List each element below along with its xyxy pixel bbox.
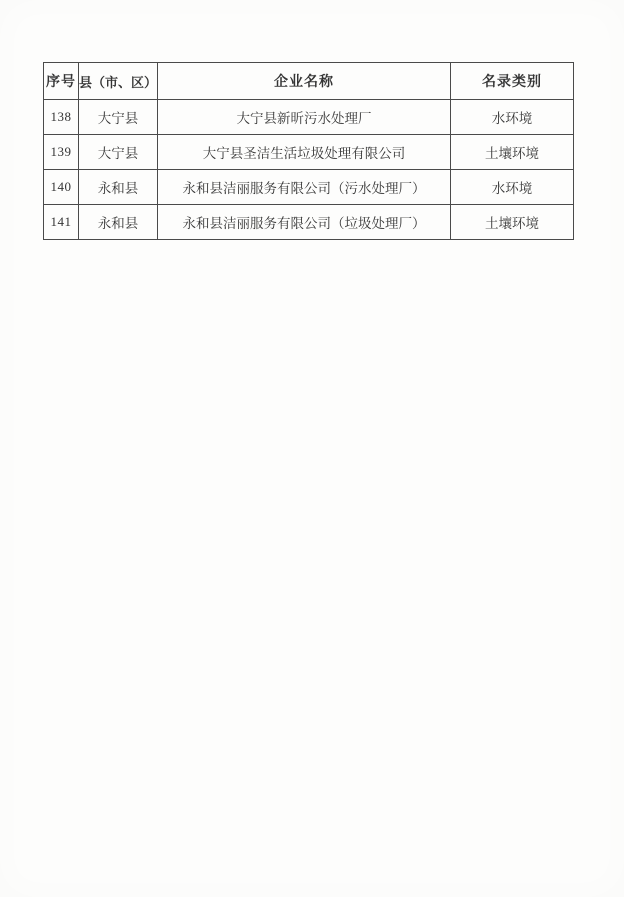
cell-company-name: 永和县洁丽服务有限公司（污水处理厂） bbox=[158, 170, 451, 205]
cell-directory-category: 土壤环境 bbox=[451, 205, 574, 240]
cell-company-name: 大宁县圣洁生活垃圾处理有限公司 bbox=[158, 135, 451, 170]
cell-company-name: 永和县洁丽服务有限公司（垃圾处理厂） bbox=[158, 205, 451, 240]
cell-serial-number: 141 bbox=[44, 205, 79, 240]
cell-directory-category: 土壤环境 bbox=[451, 135, 574, 170]
table-row: 141 永和县 永和县洁丽服务有限公司（垃圾处理厂） 土壤环境 bbox=[44, 205, 574, 240]
table-row: 138 大宁县 大宁县新昕污水处理厂 水环境 bbox=[44, 100, 574, 135]
header-county: 县（市、区） bbox=[79, 63, 158, 100]
table-row: 139 大宁县 大宁县圣洁生活垃圾处理有限公司 土壤环境 bbox=[44, 135, 574, 170]
header-directory-category: 名录类别 bbox=[451, 63, 574, 100]
cell-county: 大宁县 bbox=[79, 135, 158, 170]
table-header-row: 序号 县（市、区） 企业名称 名录类别 bbox=[44, 63, 574, 100]
header-company-name: 企业名称 bbox=[158, 63, 451, 100]
scanned-document-page: 序号 县（市、区） 企业名称 名录类别 138 大宁县 大宁县新昕污水处理厂 水… bbox=[0, 0, 624, 897]
cell-county: 大宁县 bbox=[79, 100, 158, 135]
cell-directory-category: 水环境 bbox=[451, 100, 574, 135]
cell-serial-number: 140 bbox=[44, 170, 79, 205]
table-row: 140 永和县 永和县洁丽服务有限公司（污水处理厂） 水环境 bbox=[44, 170, 574, 205]
cell-company-name: 大宁县新昕污水处理厂 bbox=[158, 100, 451, 135]
cell-directory-category: 水环境 bbox=[451, 170, 574, 205]
cell-serial-number: 138 bbox=[44, 100, 79, 135]
header-serial-number: 序号 bbox=[44, 63, 79, 100]
enterprise-directory-table: 序号 县（市、区） 企业名称 名录类别 138 大宁县 大宁县新昕污水处理厂 水… bbox=[43, 62, 574, 240]
cell-serial-number: 139 bbox=[44, 135, 79, 170]
cell-county: 永和县 bbox=[79, 205, 158, 240]
cell-county: 永和县 bbox=[79, 170, 158, 205]
